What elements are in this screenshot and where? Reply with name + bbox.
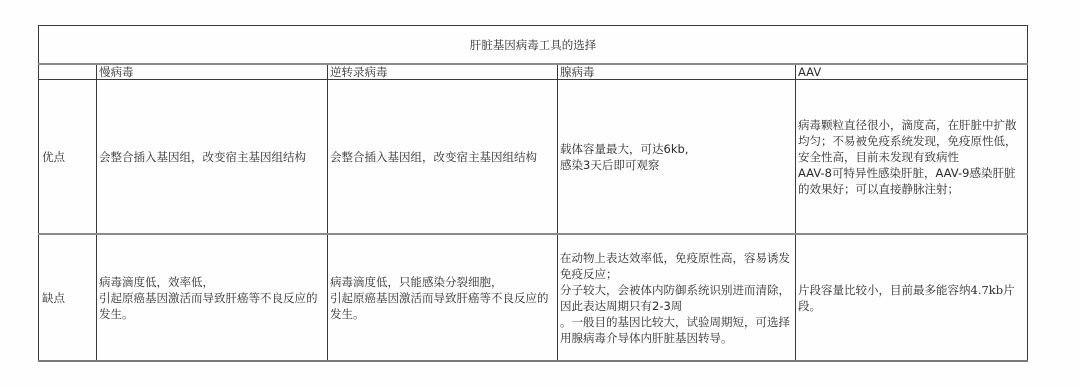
table-row-advantages: 优点 会整合插入基因组，改变宿主基因组结构 会整合插入基因组，改变宿主基因组结构… — [39, 80, 1028, 235]
cell-lentivirus-disadvantages: 病毒滴度低，效率低， 引起原癌基因激活而导致肝癌等不良反应的发生。 — [97, 234, 328, 361]
header-cell-lentivirus: 慢病毒 — [97, 64, 328, 80]
cell-retrovirus-disadvantages: 病毒滴度低，只能感染分裂细胞， 引起原癌基因激活而导致肝癌等不良反应的发生。 — [328, 234, 558, 361]
header-cell-aav: AAV — [796, 64, 1028, 80]
cell-retrovirus-advantages: 会整合插入基因组，改变宿主基因组结构 — [328, 80, 558, 235]
cell-aav-disadvantages: 片段容量比较小，目前最多能容纳4.7kb片段。 — [796, 234, 1028, 361]
table-row-disadvantages: 缺点 病毒滴度低，效率低， 引起原癌基因激活而导致肝癌等不良反应的发生。 病毒滴… — [39, 234, 1028, 361]
cell-adenovirus-advantages: 载体容量最大，可达6kb, 感染3天后即可观察 — [558, 80, 796, 235]
header-cell-empty — [39, 64, 97, 80]
cell-adenovirus-disadvantages: 在动物上表达效率低，免疫原性高，容易诱发免疫反应； 分子较大，会被体内防御系统识… — [558, 234, 796, 361]
header-cell-adenovirus: 腺病毒 — [558, 64, 796, 80]
cell-aav-advantages: 病毒颗粒直径很小，滴度高，在肝脏中扩散均匀；不易被免疫系统发现，免疫原性低，安全… — [796, 80, 1028, 235]
liver-gene-virus-tool-comparison-table: 肝脏基因病毒工具的选择 慢病毒 逆转录病毒 腺病毒 AAV 优点 会整合插入基因… — [38, 25, 1028, 362]
table-header-row: 慢病毒 逆转录病毒 腺病毒 AAV — [39, 64, 1028, 80]
cell-lentivirus-advantages: 会整合插入基因组，改变宿主基因组结构 — [97, 80, 328, 235]
row-label-advantages: 优点 — [39, 80, 97, 235]
table-title: 肝脏基因病毒工具的选择 — [39, 26, 1028, 65]
table-title-row: 肝脏基因病毒工具的选择 — [39, 26, 1028, 65]
row-label-disadvantages: 缺点 — [39, 234, 97, 361]
header-cell-retrovirus: 逆转录病毒 — [328, 64, 558, 80]
